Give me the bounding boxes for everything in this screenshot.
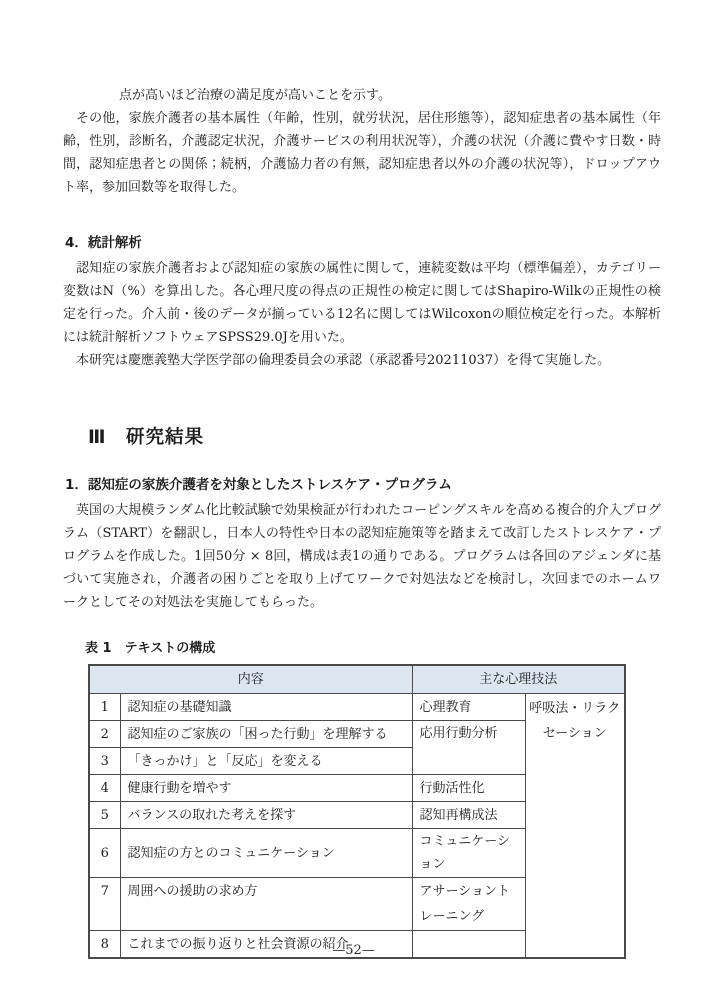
row-content: 認知症の方とのコミュニケーション — [120, 829, 412, 878]
page-content: 点が高いほど治療の満足度が高いことを示す。 その他，家族介護者の基本属性（年齢，… — [0, 0, 707, 959]
row-content: 周囲への援助の求め方 — [120, 878, 412, 931]
table-row: 1 認知症の基礎知識 心理教育 呼吸法・リラクセーション — [89, 694, 625, 721]
row-number: 5 — [89, 802, 120, 829]
row-content: 「きっかけ」と「反応」を変える — [120, 748, 412, 775]
section-heading-program: 1．認知症の家族介護者を対象としたストレスケア・プログラム — [65, 474, 661, 497]
program-table: 内容 主な心理技法 1 認知症の基礎知識 心理教育 呼吸法・リラクセーション 2… — [88, 664, 626, 959]
row-number: 3 — [89, 748, 120, 775]
table-header-row: 内容 主な心理技法 — [89, 665, 625, 694]
row-number: 7 — [89, 878, 120, 931]
section-heading-statistics: 4．統計解析 — [65, 232, 661, 255]
statistics-paragraph-1: 認知症の家族介護者および認知症の家族の属性に関して，連続変数は平均（標準偏差），… — [63, 257, 661, 349]
row-number: 4 — [89, 775, 120, 802]
page-number: —52— — [0, 943, 707, 958]
intro-paragraph: その他，家族介護者の基本属性（年齢，性別，就労状況，居住形態等），認知症患者の基… — [63, 107, 661, 199]
row-content: 健康行動を増やす — [120, 775, 412, 802]
header-cell-technique: 主な心理技法 — [412, 665, 625, 694]
row-technique: 認知再構成法 — [412, 802, 525, 829]
chapter-heading-results: Ⅲ 研究結果 — [88, 424, 661, 452]
header-cell-content: 内容 — [89, 665, 412, 694]
row-number: 2 — [89, 721, 120, 748]
row-technique: 行動活性化 — [412, 775, 525, 802]
relaxation-cell: 呼吸法・リラクセーション — [525, 694, 625, 959]
row-technique: アサーショントレーニング — [412, 878, 525, 931]
row-content: 認知症のご家族の「困った行動」を理解する — [120, 721, 412, 748]
row-content: バランスの取れた考えを探す — [120, 802, 412, 829]
intro-continuation-line: 点が高いほど治療の満足度が高いことを示す。 — [63, 84, 661, 107]
table-caption: 表 1 テキストの構成 — [85, 640, 661, 658]
program-paragraph: 英国の大規模ランダム化比較試験で効果検証が行われたコーピングスキルを高める複合的… — [63, 499, 661, 614]
statistics-paragraph-2: 本研究は慶應義塾大学医学部の倫理委員会の承認（承認番号20211037）を得て実… — [63, 349, 661, 372]
row-number: 6 — [89, 829, 120, 878]
row-technique: 応用行動分析 — [412, 721, 525, 775]
paper-page: { "intro": { "line1": "点が高いほど治療の満足度が高いこと… — [0, 0, 707, 1000]
row-technique: 心理教育 — [412, 694, 525, 721]
row-number: 1 — [89, 694, 120, 721]
row-technique: コミュニケーション — [412, 829, 525, 878]
row-content: 認知症の基礎知識 — [120, 694, 412, 721]
